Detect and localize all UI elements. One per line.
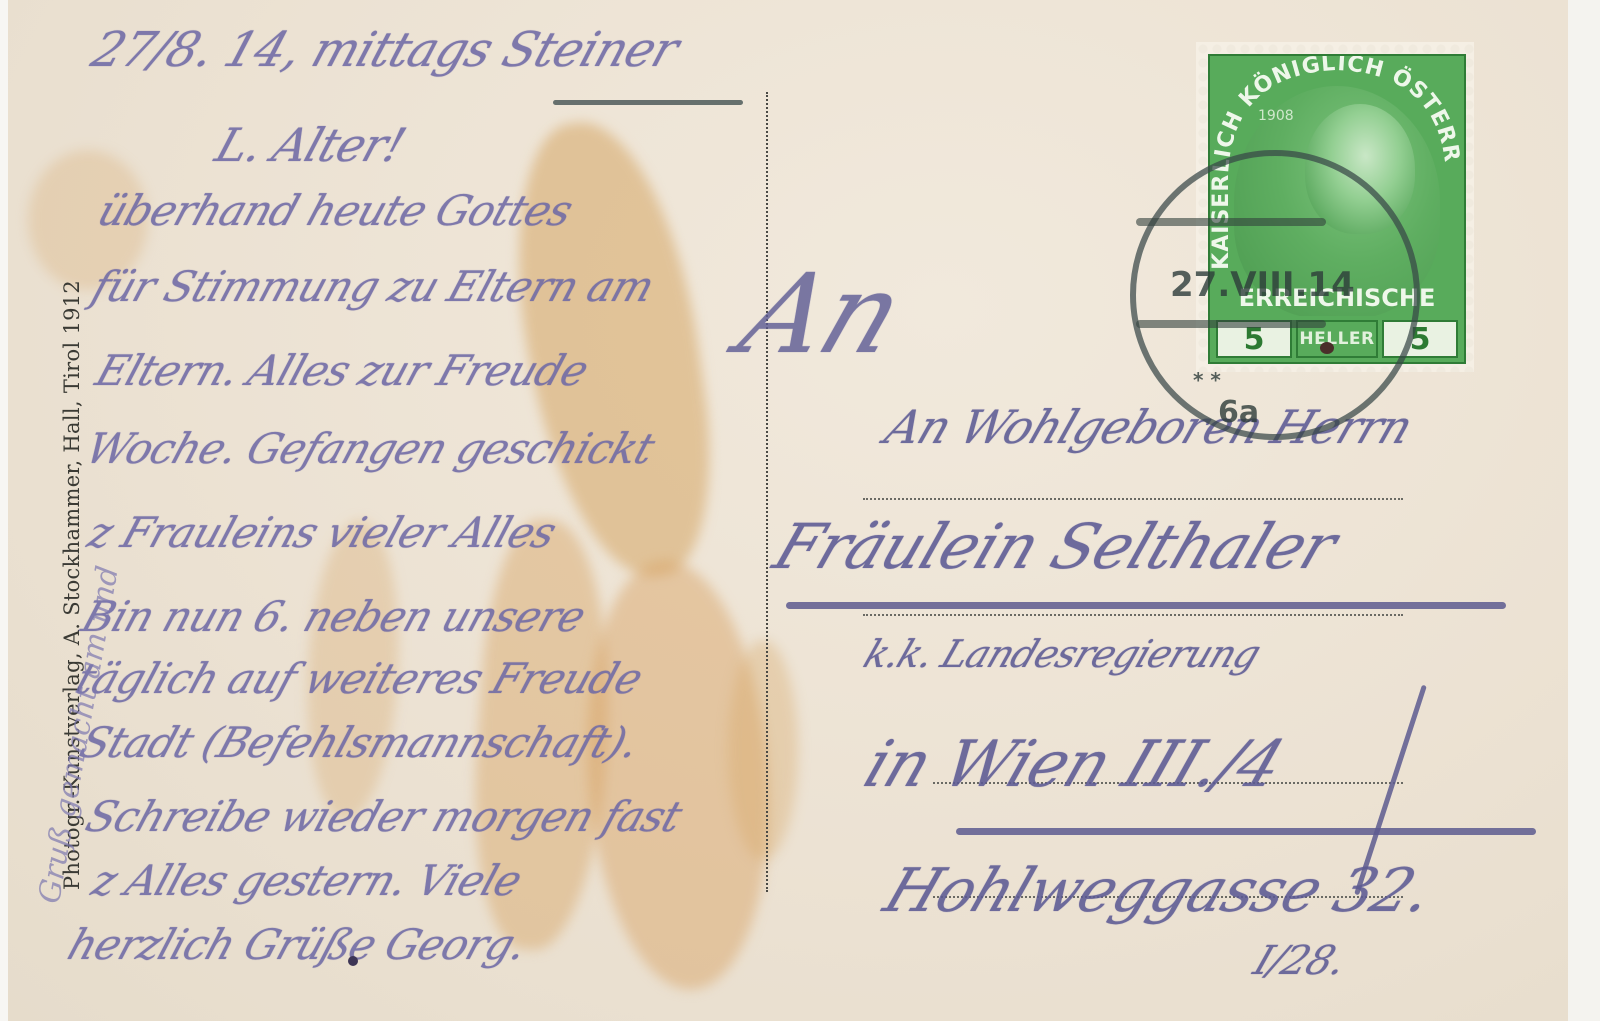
ink-spot: [348, 956, 358, 966]
message-line: z Frauleins vieler Alles: [82, 508, 562, 557]
postmark-stars: * *: [1193, 368, 1221, 392]
message-line: z Alles gestern. Viele: [86, 856, 527, 905]
message-line: herzlich Grüße Georg.: [62, 920, 533, 969]
address-apartment: I/28.: [1248, 938, 1353, 984]
message-date-line: 27/8. 14, mittags Steiner: [85, 22, 685, 78]
message-line: Eltern. Alles zur Freude: [90, 346, 594, 395]
postmark-date: 27.VIII.14: [1170, 265, 1355, 305]
address-rule: [863, 614, 1403, 616]
address-title: k.k. Landesregierung: [858, 632, 1266, 676]
message-line: überhand heute Gottes: [92, 186, 578, 235]
address-flourish: An: [725, 250, 920, 378]
ink-spot: [1320, 342, 1334, 354]
underline-stroke: [553, 100, 743, 105]
underline-stroke: [956, 828, 1536, 835]
message-address-divider: [766, 92, 768, 892]
address-recipient: Fräulein Selthaler: [765, 510, 1346, 583]
message-line: für Stimmung zu Eltern am: [86, 262, 660, 311]
postcard: Photogr.-Kunstverlag, A. Stockhammer, Ha…: [8, 0, 1568, 1021]
address-city: in Wien III./4: [855, 728, 1293, 802]
address-rule: [863, 498, 1403, 500]
stain: [728, 640, 798, 860]
message-line: Stadt (Befehlsmannschaft).: [74, 718, 645, 767]
message-line: täglich auf weiteres Freude: [70, 654, 648, 703]
postmark-bar: [1136, 320, 1326, 328]
message-salutation: L. Alter!: [209, 118, 411, 172]
postmark-code: 6a: [1218, 395, 1259, 430]
postmark-bar: [1136, 218, 1326, 226]
message-line: Woche. Gefangen geschickt: [80, 424, 660, 473]
underline-stroke: [786, 602, 1506, 609]
message-line: Schreibe wieder morgen fast: [80, 792, 687, 841]
message-line: Bin nun 6. neben unsere: [76, 592, 591, 641]
scan-edge-left: [0, 0, 8, 1021]
